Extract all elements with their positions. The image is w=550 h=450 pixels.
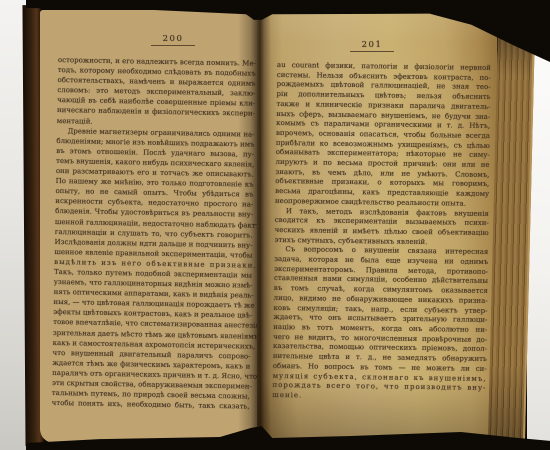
book-photo: 200 осторожности, и его надлежитъ всегда…: [0, 0, 550, 450]
right-page-text: au courant физики, патологіи и физіологі…: [272, 61, 491, 404]
left-page-text: осторожности, и его надлежитъ всегда пом…: [52, 55, 256, 412]
right-page: 201 au courant физики, патологіи и физіо…: [257, 13, 497, 445]
right-page-header: 201: [265, 32, 479, 52]
page-number-right: 201: [350, 40, 395, 52]
left-page: 200 осторожности, и его надлежитъ всегда…: [40, 10, 258, 443]
left-page-header: 200: [74, 26, 258, 46]
book-gutter-shadow: [238, 8, 282, 444]
page-number-left: 200: [151, 34, 196, 46]
